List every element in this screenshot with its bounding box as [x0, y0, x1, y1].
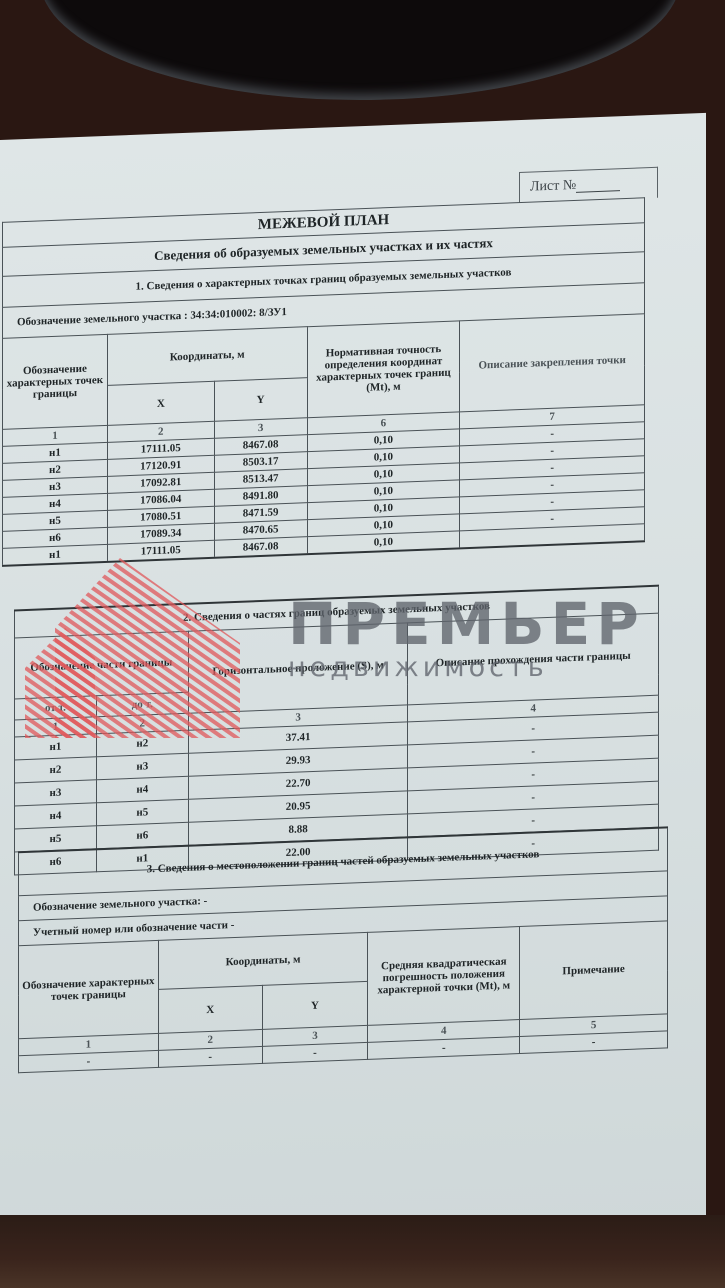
col-description-header: Описание прохождения части границы: [408, 613, 659, 705]
cell-from: н4: [15, 803, 97, 829]
col-description-header: Описание закрепления точки: [460, 314, 645, 412]
col-x-header: X: [158, 985, 262, 1033]
section1-table: МЕЖЕВОЙ ПЛАН Сведения об образуемых земе…: [2, 197, 645, 567]
sheet-number-label: Лист №: [530, 178, 576, 195]
cell-from: н2: [15, 757, 97, 783]
col-y-header: Y: [214, 378, 307, 422]
col-y-header: Y: [262, 981, 368, 1029]
cell-x: 17111.05: [107, 540, 214, 562]
col-x-header: X: [107, 381, 214, 425]
col-coords-header: Координаты, м: [107, 327, 307, 386]
cell-x: -: [158, 1046, 262, 1067]
cell-from: н3: [15, 780, 97, 806]
col-note-header: Примечание: [520, 921, 668, 1020]
dark-plate-background: [40, 0, 680, 100]
col-coords-header: Координаты, м: [158, 932, 368, 989]
desk-surface: [0, 1215, 725, 1288]
col-part-header: Обозначение части границы: [15, 631, 189, 699]
col-point-header: Обозначение характерных точек границы: [19, 940, 159, 1038]
section3-table: 3. Сведения о местоположении границ част…: [18, 826, 668, 1073]
col-length-header: Горизонтальное проложение (S), м: [188, 623, 408, 713]
cell-point: н1: [3, 544, 108, 566]
col-point-header: Обозначение характерных точек границы: [3, 334, 108, 429]
sheet-number-blank[interactable]: [576, 176, 620, 193]
document-paper: Лист № МЕЖЕВОЙ ПЛАН Сведения об образуем…: [0, 113, 706, 1256]
cell-y: -: [262, 1042, 368, 1063]
cell-from: н1: [15, 734, 97, 760]
col-accuracy-header: Нормативная точность определения координ…: [307, 321, 460, 418]
cell-y: 8467.08: [214, 537, 307, 558]
col-error-header: Средняя квадратическая погрешность полож…: [368, 927, 520, 1026]
